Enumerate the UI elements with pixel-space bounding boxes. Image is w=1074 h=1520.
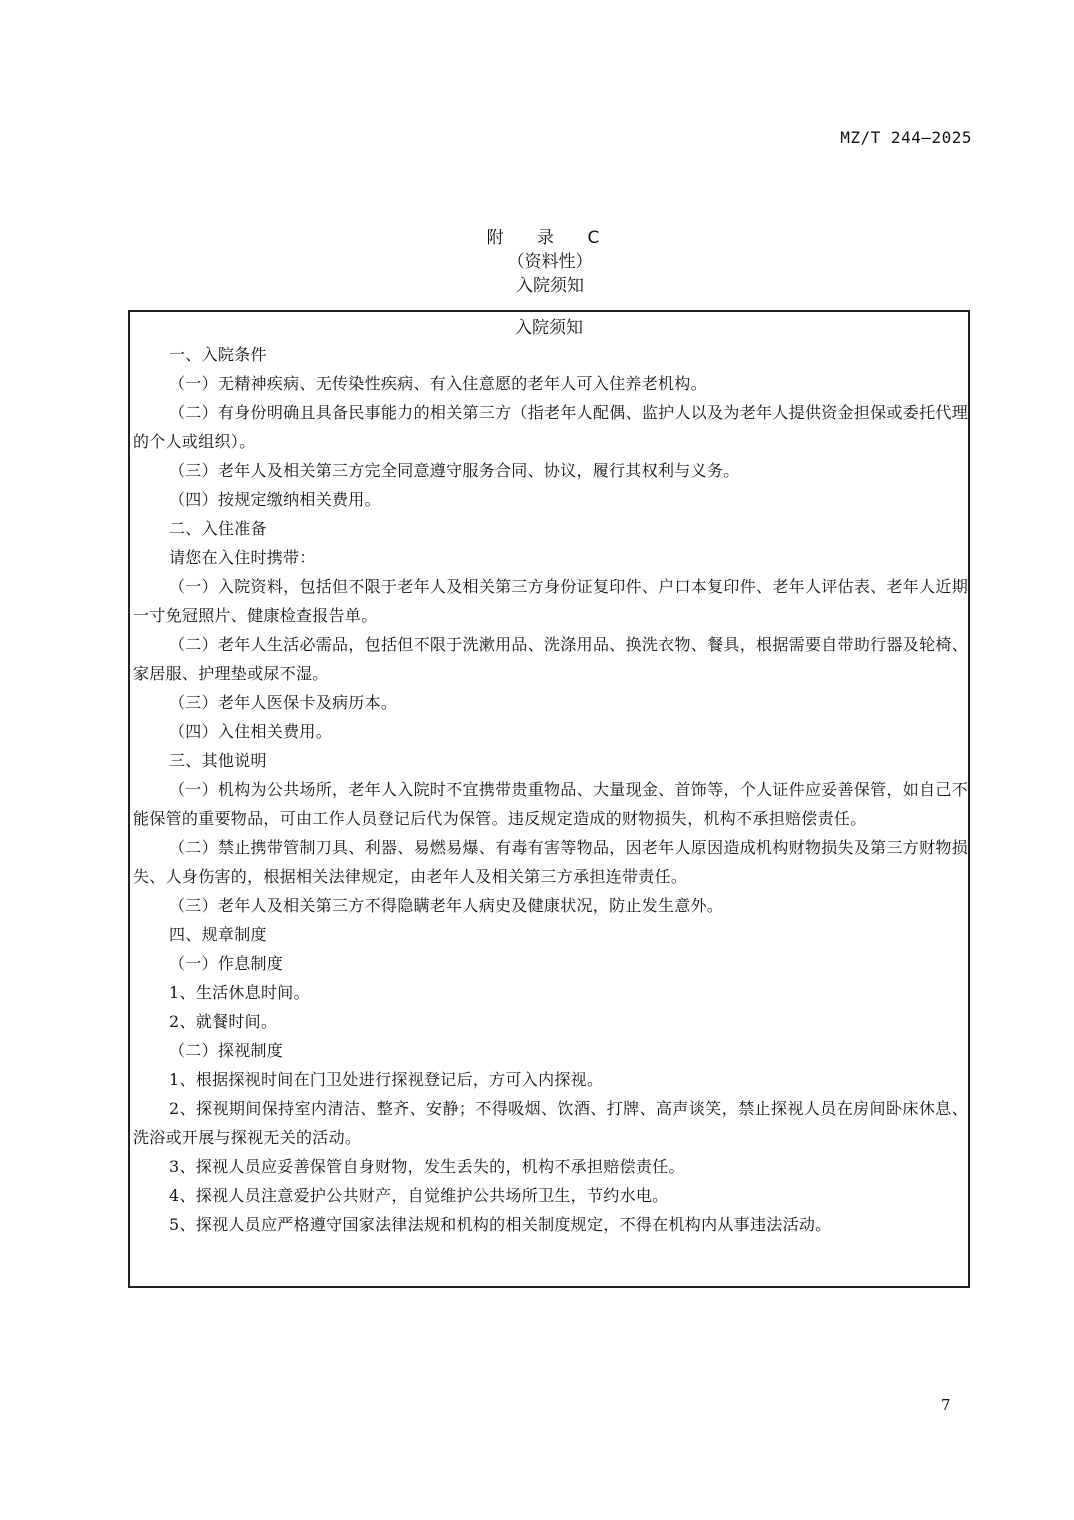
paragraph: （一）无精神疾病、无传染性疾病、有入住意愿的老年人可入住养老机构。	[133, 369, 968, 398]
section-heading: 二、入住准备	[133, 514, 968, 543]
paragraph: （三）老年人及相关第三方不得隐瞒老年人病史及健康状况，防止发生意外。	[133, 891, 968, 920]
paragraph: 2、就餐时间。	[133, 1007, 968, 1036]
section-heading: 四、规章制度	[133, 920, 968, 949]
appendix-heading: 附 录 C （资料性） 入院须知	[0, 226, 1074, 298]
notice-box: 入院须知 一、入院条件 （一）无精神疾病、无传染性疾病、有入住意愿的老年人可入住…	[128, 310, 970, 1288]
paragraph: （一）作息制度	[133, 949, 968, 978]
paragraph: （三）老年人医保卡及病历本。	[133, 688, 968, 717]
paragraph: （四）按规定缴纳相关费用。	[133, 485, 968, 514]
paragraph: 2、探视期间保持室内清洁、整齐、安静；不得吸烟、饮酒、打牌、高声谈笑，禁止探视人…	[133, 1094, 968, 1152]
appendix-label: 附 录 C	[0, 226, 1074, 250]
standard-code: MZ/T 244—2025	[840, 128, 972, 147]
section-heading: 一、入院条件	[133, 340, 968, 369]
paragraph: （一）入院资料，包括但不限于老年人及相关第三方身份证复印件、户口本复印件、老年人…	[133, 572, 968, 630]
appendix-nature: （资料性）	[0, 250, 1074, 274]
paragraph: （二）禁止携带管制刀具、利器、易燃易爆、有毒有害等物品，因老年人原因造成机构财物…	[133, 833, 968, 891]
paragraph: 1、生活休息时间。	[133, 978, 968, 1007]
paragraph: 4、探视人员注意爱护公共财产，自觉维护公共场所卫生，节约水电。	[133, 1181, 968, 1210]
notice-content: 一、入院条件 （一）无精神疾病、无传染性疾病、有入住意愿的老年人可入住养老机构。…	[130, 340, 968, 1239]
paragraph: 1、根据探视时间在门卫处进行探视登记后，方可入内探视。	[133, 1065, 968, 1094]
paragraph: （一）机构为公共场所，老年人入院时不宜携带贵重物品、大量现金、首饰等，个人证件应…	[133, 775, 968, 833]
page-number: 7	[941, 1396, 951, 1414]
paragraph: 请您在入住时携带：	[133, 543, 968, 572]
section-heading: 三、其他说明	[133, 746, 968, 775]
paragraph: 3、探视人员应妥善保管自身财物，发生丢失的，机构不承担赔偿责任。	[133, 1152, 968, 1181]
paragraph: （三）老年人及相关第三方完全同意遵守服务合同、协议，履行其权利与义务。	[133, 456, 968, 485]
paragraph: （二）老年人生活必需品，包括但不限于洗漱用品、洗涤用品、换洗衣物、餐具，根据需要…	[133, 630, 968, 688]
paragraph: 5、探视人员应严格遵守国家法律法规和机构的相关制度规定，不得在机构内从事违法活动…	[133, 1210, 968, 1239]
appendix-title: 入院须知	[0, 274, 1074, 298]
paragraph: （二）探视制度	[133, 1036, 968, 1065]
paragraph: （四）入住相关费用。	[133, 717, 968, 746]
notice-box-title: 入院须知	[130, 316, 968, 340]
paragraph: （二）有身份明确且具备民事能力的相关第三方（指老年人配偶、监护人以及为老年人提供…	[133, 398, 968, 456]
